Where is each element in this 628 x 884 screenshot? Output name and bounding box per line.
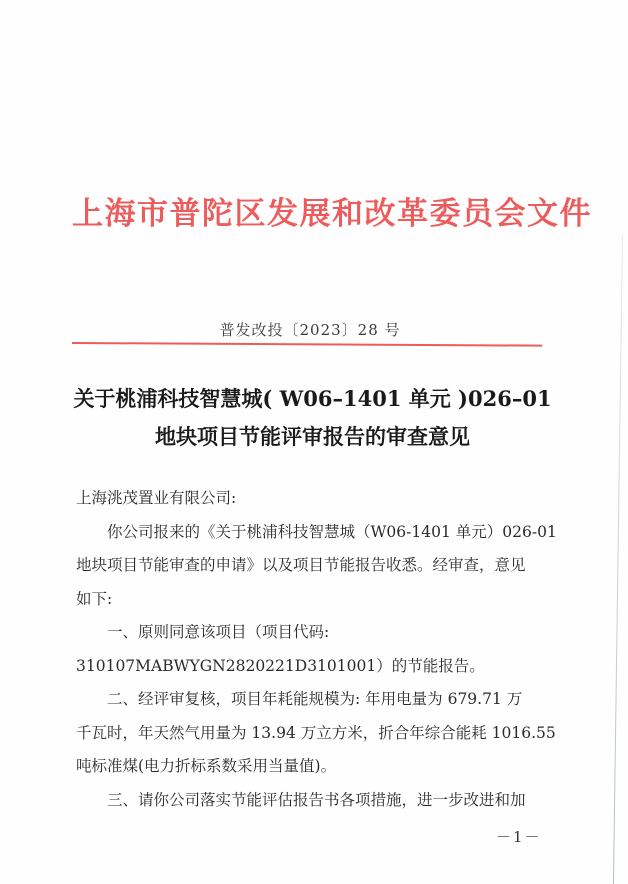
body-line-project-code: 310107MABWYGN2820221D3101001）的节能报告。 — [76, 650, 556, 684]
body-line: 地块项目节能审查的申请》以及项目节能报告收悉。经审查，意见 — [76, 549, 556, 583]
page-number: －1－ — [496, 826, 542, 847]
scan-edge-line — [613, 235, 623, 884]
body-line: 千瓦时，年天然气用量为 13.94 万立方米，折合年综合能耗 1016.55 — [76, 717, 556, 751]
body-line-item-3: 三、请你公司落实节能评估报告书各项措施，进一步改进和加 — [76, 784, 556, 818]
subject-line-2: 地块项目节能评审报告的审查意见 — [60, 418, 565, 456]
body-line: 如下: — [76, 583, 556, 617]
document-page: 上海市普陀区发展和改革委员会文件 普发改投〔2023〕28 号 关于桃浦科技智慧… — [0, 0, 628, 884]
body-line: 你公司报来的《关于桃浦科技智慧城（W06-1401 单元）026-01 — [76, 516, 556, 550]
red-divider-rule — [72, 342, 542, 347]
subject-line-1: 关于桃浦科技智慧城( W06–1401 单元 )026–01 — [60, 380, 565, 418]
body-line-item-2: 二、经评审复核，项目年耗能规模为: 年用电量为 679.71 万 — [76, 683, 556, 717]
body-line-item-1: 一、原则同意该项目（项目代码: — [76, 616, 556, 650]
addressee: 上海洮茂置业有限公司: — [76, 482, 556, 516]
document-number: 普发改投〔2023〕28 号 — [60, 319, 560, 340]
document-body: 上海洮茂置业有限公司: 你公司报来的《关于桃浦科技智慧城（W06-1401 单元… — [76, 482, 556, 817]
issuer-title: 上海市普陀区发展和改革委员会文件 — [72, 188, 556, 233]
document-subject: 关于桃浦科技智慧城( W06–1401 单元 )026–01 地块项目节能评审报… — [60, 380, 565, 456]
body-line: 吨标准煤(电力折标系数采用当量值)。 — [76, 750, 556, 784]
